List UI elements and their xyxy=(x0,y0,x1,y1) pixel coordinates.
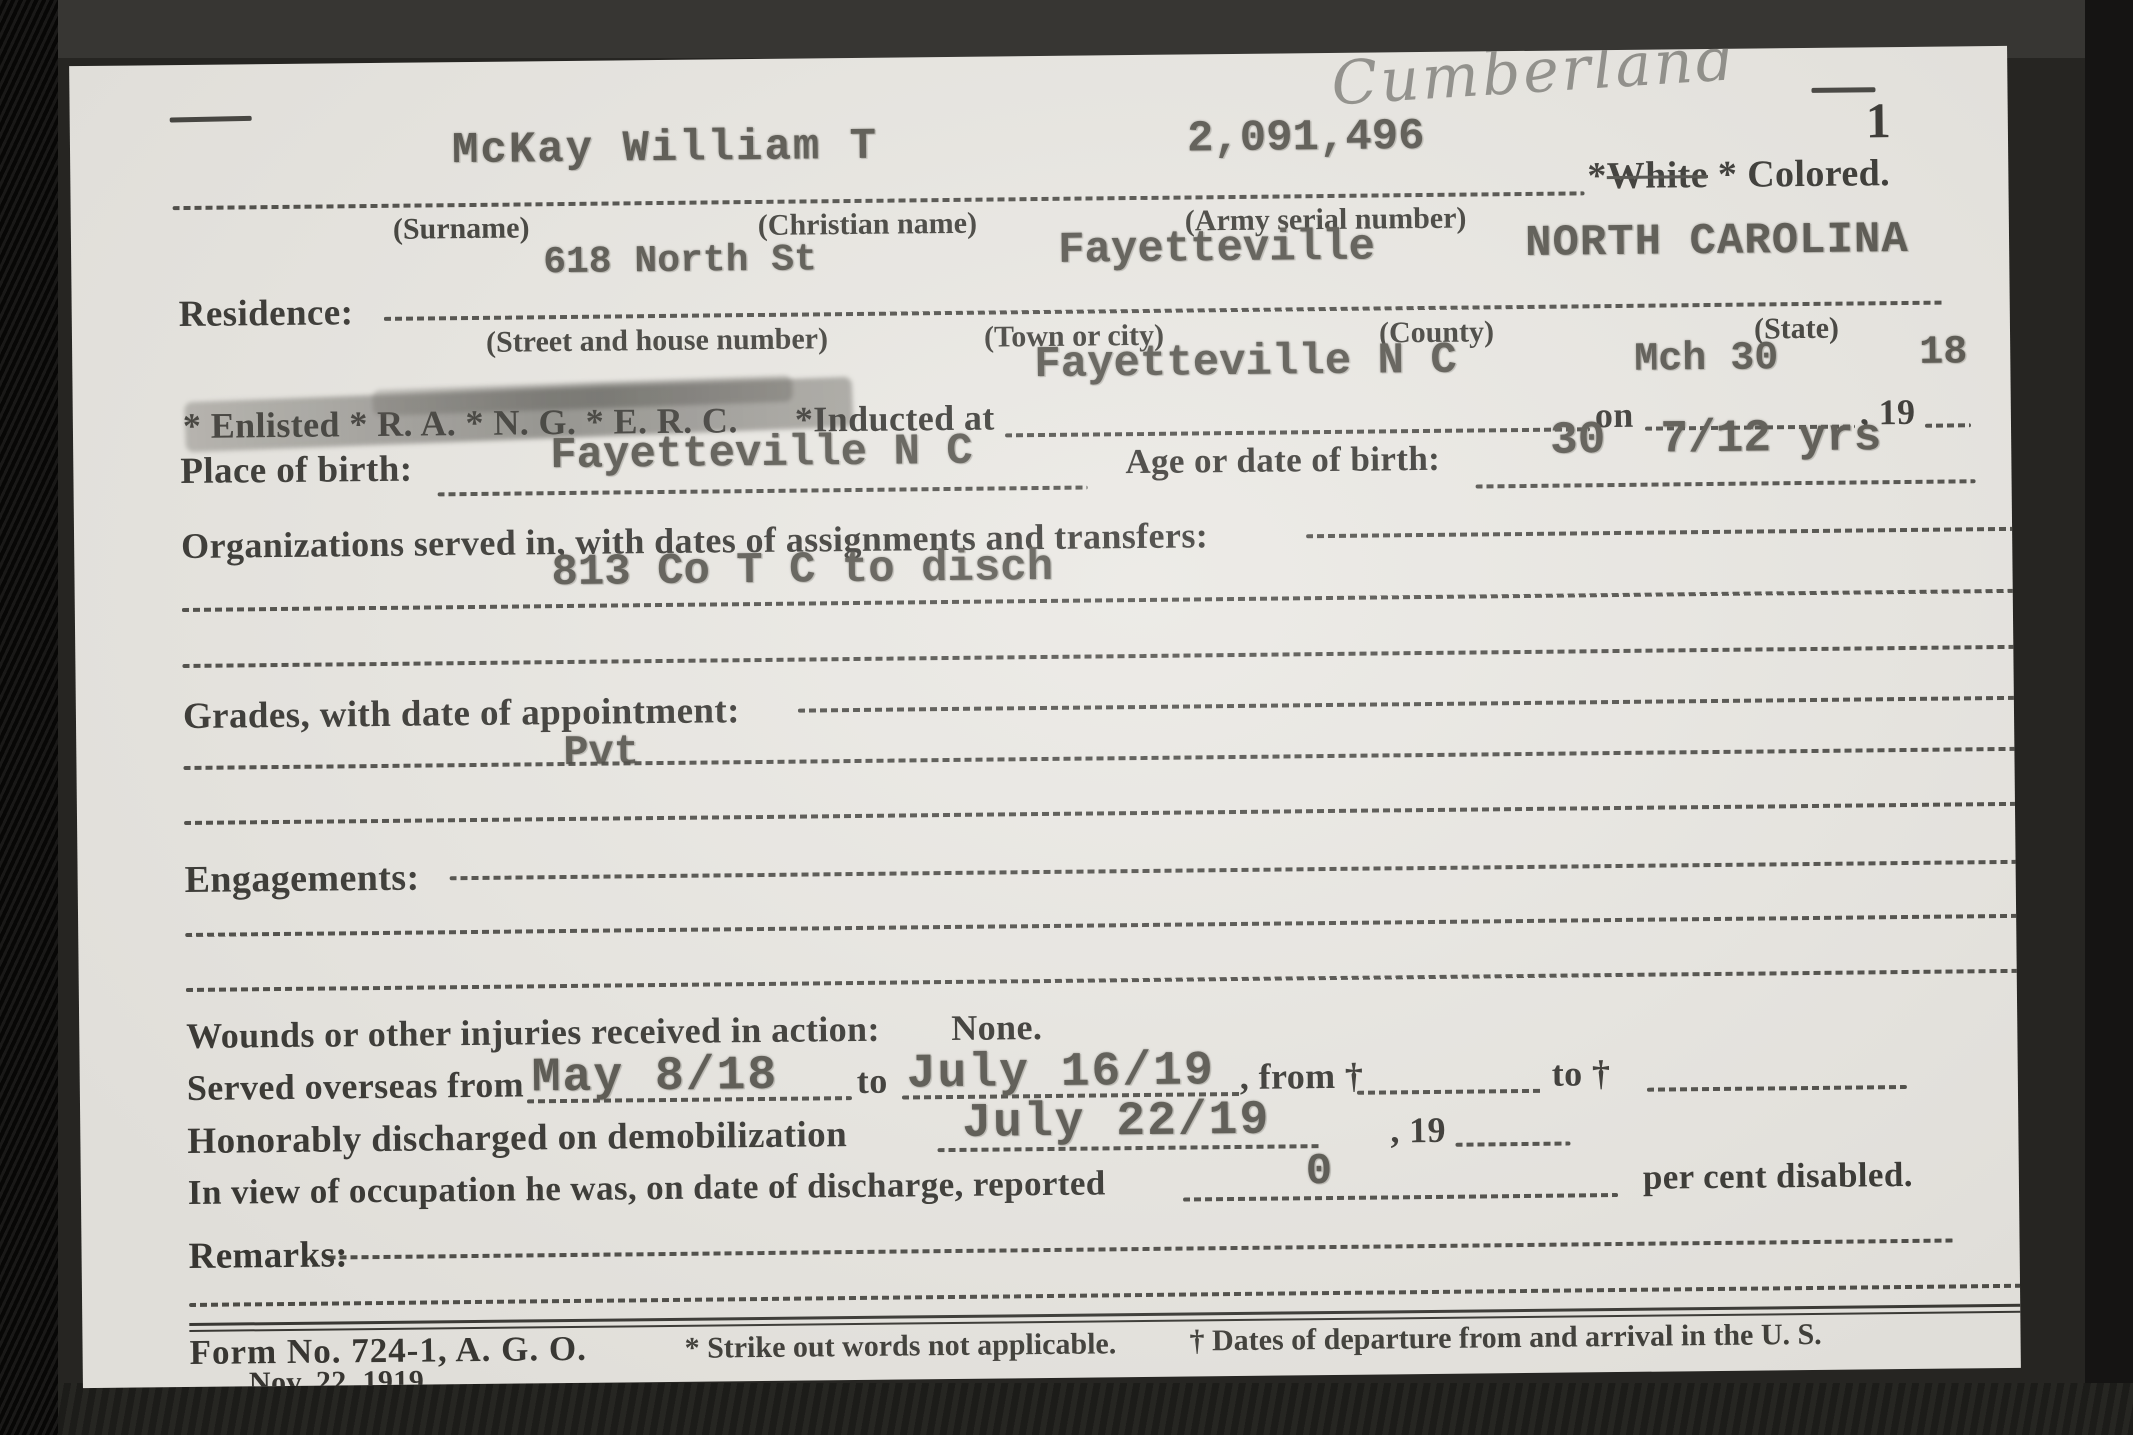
backdrop-bottom-band xyxy=(58,1383,2133,1435)
grades-line-1 xyxy=(798,696,2021,713)
remarks-line xyxy=(329,1239,1954,1260)
discharge-year-line xyxy=(1455,1142,1570,1147)
surname-label: (Surname) xyxy=(393,211,530,246)
grades-line-2 xyxy=(183,747,2020,770)
overseas-from-typed: May 8/18 xyxy=(531,1049,778,1106)
backdrop-right-strip xyxy=(2085,0,2133,1435)
backdrop-left-strip xyxy=(0,0,58,1435)
state-typed: NORTH CAROLINA xyxy=(1525,215,1909,269)
race-star2: * xyxy=(1708,154,1748,196)
wounds-value: None. xyxy=(951,1006,1042,1049)
serial-number-typed: 2,091,496 xyxy=(1187,112,1425,164)
county-handwritten: Cumberland xyxy=(1329,46,1739,120)
discharge-year-label: , 19 xyxy=(1390,1109,1446,1152)
engagements-line-1 xyxy=(450,860,2021,881)
grades-line-3 xyxy=(184,802,2021,825)
induction-place-typed: Fayetteville N C xyxy=(1034,336,1457,390)
overseas-prefix: Served overseas from xyxy=(187,1063,525,1109)
year-line xyxy=(1925,423,1971,427)
disability-suffix: per cent disabled. xyxy=(1643,1155,1913,1198)
induction-year-typed: 18 xyxy=(1919,330,1967,376)
street-label: (Street and house number) xyxy=(486,322,828,360)
place-of-birth-line xyxy=(438,486,1088,497)
organizations-line-1 xyxy=(1306,527,2021,539)
remarks-label: Remarks: xyxy=(188,1233,348,1278)
service-record-card: Cumberland 1 McKay William T 2,091,496 *… xyxy=(69,46,2021,1388)
footer-dashed-line xyxy=(189,1284,2021,1307)
organizations-typed: 813 Co T C to disch xyxy=(551,543,1053,598)
dagger-note: † Dates of departure from and arrival in… xyxy=(1189,1318,1822,1359)
disability-line xyxy=(1183,1193,1618,1202)
race-white-struck: White xyxy=(1607,154,1709,197)
engagements-line-2 xyxy=(185,914,2021,937)
disability-value-typed: 0 xyxy=(1306,1147,1333,1197)
race-star1: * xyxy=(1587,155,1607,197)
age-line xyxy=(1476,479,1976,488)
overseas-to-label: to xyxy=(857,1060,888,1102)
street-typed: 618 North St xyxy=(543,238,817,284)
overseas-to-typed: July 16/19 xyxy=(906,1044,1215,1101)
overseas-to2-label: to † xyxy=(1552,1052,1611,1095)
christian-name-label: (Christian name) xyxy=(758,207,978,243)
town-typed: Fayetteville xyxy=(1058,223,1375,276)
page-number: 1 xyxy=(1865,91,1891,149)
engagements-line-3 xyxy=(186,969,2021,992)
strike-out-note: * Strike out words not applicable. xyxy=(684,1327,1116,1366)
engagements-label: Engagements: xyxy=(184,856,419,902)
scanned-page: Cumberland 1 McKay William T 2,091,496 *… xyxy=(0,0,2133,1435)
race-selector: *White * Colored. xyxy=(1587,151,1890,198)
overseas-from2-label: , from † xyxy=(1240,1055,1364,1098)
age-label: Age or date of birth: xyxy=(1125,439,1440,482)
top-left-dash-mark xyxy=(170,116,252,123)
place-of-birth-label: Place of birth: xyxy=(180,448,412,493)
grade-typed: Pvt xyxy=(563,728,639,777)
place-of-birth-typed: Fayetteville N C xyxy=(550,427,973,481)
overseas-from2-line xyxy=(1357,1089,1542,1095)
name-typed: McKay William T xyxy=(452,122,879,176)
discharge-date-typed: July 22/19 xyxy=(962,1094,1271,1151)
form-date: Nov. 22, 1919 xyxy=(249,1365,425,1389)
race-colored: Colored. xyxy=(1747,152,1890,195)
age-typed: 30 7/12 yrs xyxy=(1550,411,1882,466)
inducted-at-line xyxy=(1005,427,1590,437)
organizations-line-2 xyxy=(182,589,2021,612)
overseas-to2-line xyxy=(1647,1085,1907,1092)
discharge-label: Honorably discharged on demobilization xyxy=(187,1113,847,1163)
induction-date-typed: Mch 30 xyxy=(1634,336,1778,383)
residence-label: Residence: xyxy=(179,291,354,336)
grades-label: Grades, with date of appointment: xyxy=(183,689,740,738)
organizations-line-3 xyxy=(182,645,2020,668)
disability-prefix: In view of occupation he was, on date of… xyxy=(188,1163,1106,1213)
